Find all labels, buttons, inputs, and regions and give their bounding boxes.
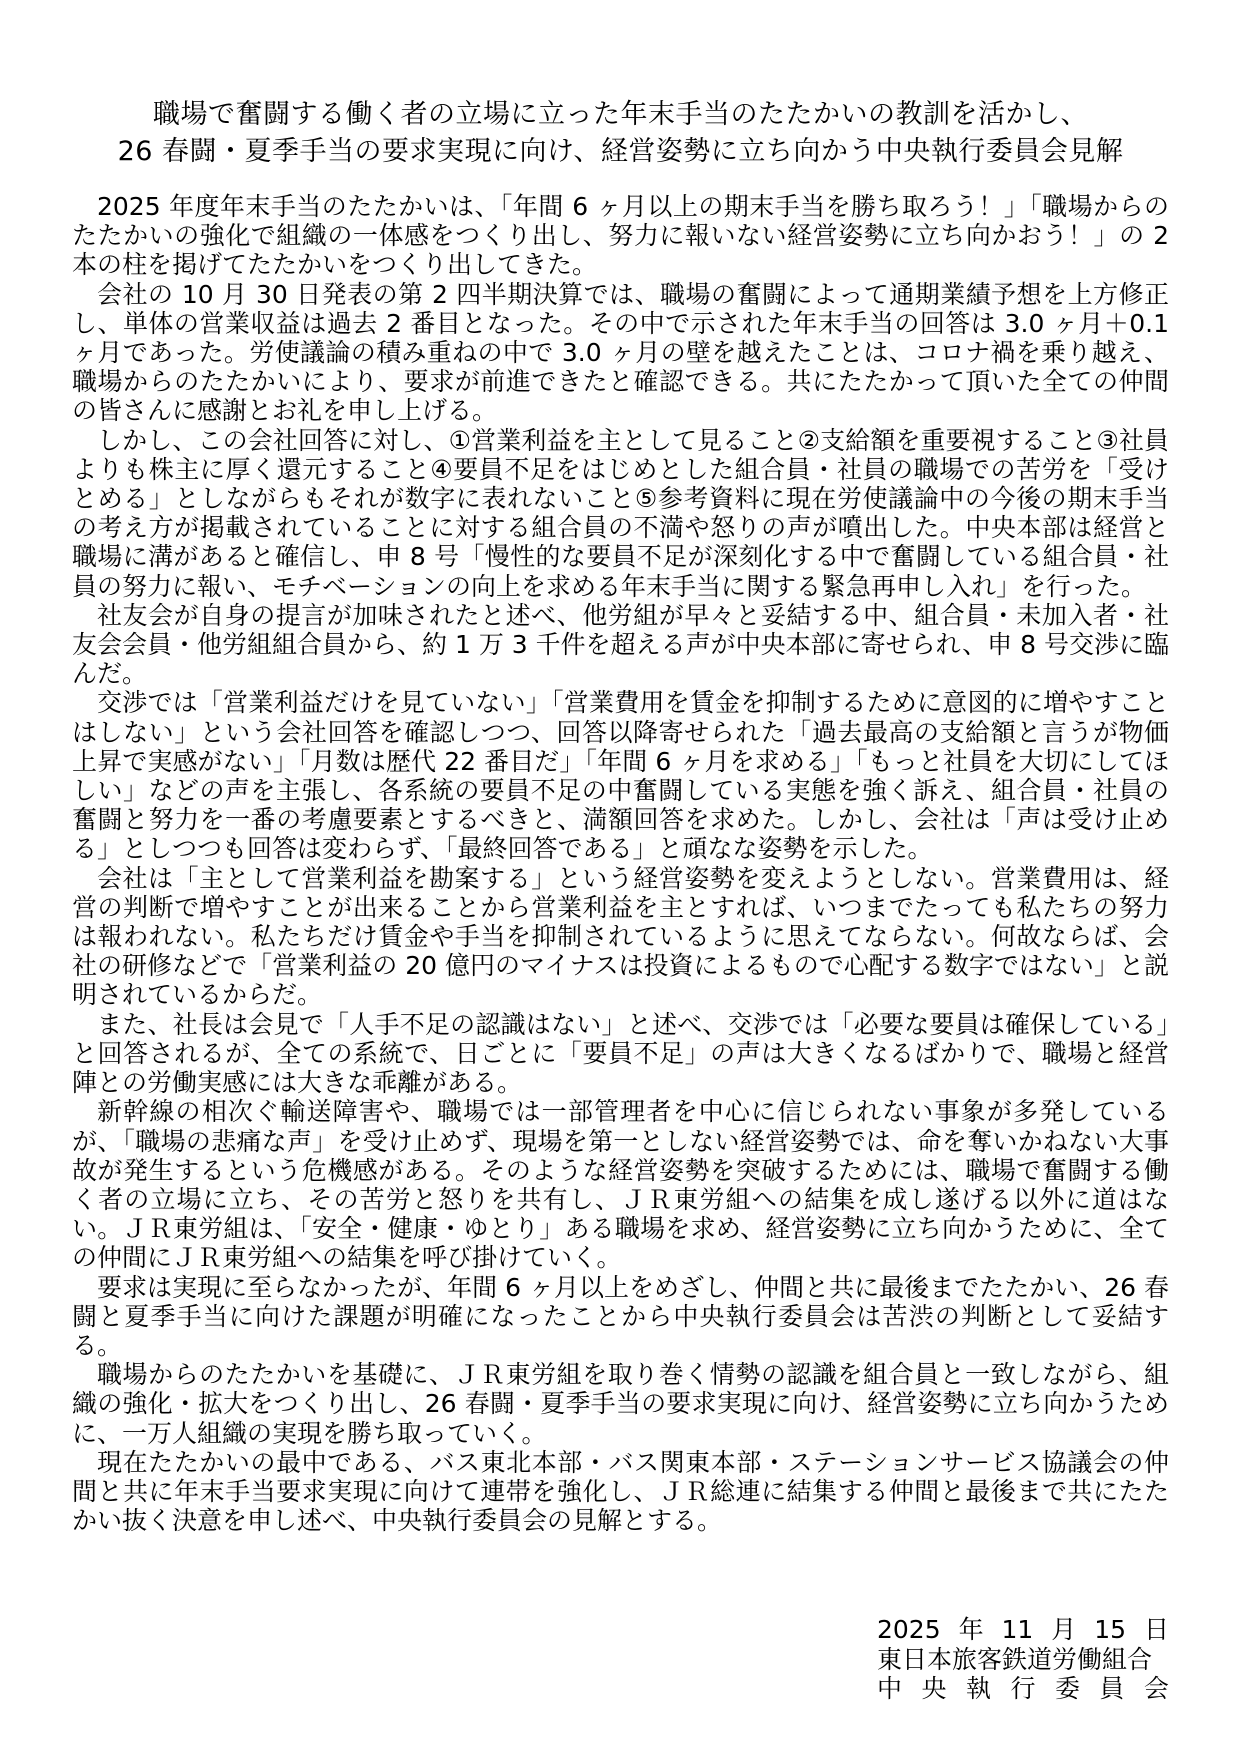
paragraph: 会社は「主として営業利益を勘案する」という経営姿勢を変えようとしない。営業費用は… [72, 864, 1169, 1010]
paragraph: 現在たたかいの最中である、バス東北本部・バス関東本部・ステーションサービス協議会… [72, 1448, 1169, 1536]
signature-text-segment: 15 [1094, 1615, 1126, 1644]
signature-text-segment: 11 [1002, 1615, 1034, 1644]
signature-text-segment: 年 [959, 1615, 984, 1644]
paragraph: また、社長は会見で「人手不足の認識はない」と述べ、交渉では「必要な要員は確保して… [72, 1010, 1169, 1098]
paragraph: 新幹線の相次ぐ輸送障害や、職場では一部管理者を中心に信じられない事象が多発してい… [72, 1097, 1169, 1272]
document-page: 職場で奮闘する働く者の立場に立った年末手当のたたかいの教訓を活かし、 26 春闘… [0, 0, 1241, 1755]
signature-organization: 東日本旅客鉄道労働組合 [877, 1645, 1169, 1674]
paragraph: 交渉では「営業利益だけを見ていない」「営業費用を賃金を抑制するために意図的に増や… [72, 688, 1169, 863]
signature-text-segment: 2025 [877, 1615, 941, 1644]
title-line-2: 26 春闘・夏季手当の要求実現に向け、経営姿勢に立ち向かう中央執行委員会見解 [72, 133, 1169, 170]
signature-text-segment: 委 [1055, 1674, 1080, 1703]
signature-date: 2025年11月15日 [877, 1615, 1169, 1644]
signature-text-segment: 中 [877, 1674, 902, 1703]
signature-text-segment: 行 [1010, 1674, 1035, 1703]
signature-block: 2025年11月15日 東日本旅客鉄道労働組合 中央執行委員会 [877, 1615, 1169, 1703]
paragraph: しかし、この会社回答に対し、①営業利益を主として見ること②支給額を重要視すること… [72, 426, 1169, 601]
signature-text-segment: 東日本旅客鉄道労働組合 [877, 1645, 1152, 1674]
paragraph: 職場からのたたかいを基礎に、ＪＲ東労組を取り巻く情勢の認識を組合員と一致しながら… [72, 1360, 1169, 1448]
document-title: 職場で奮闘する働く者の立場に立った年末手当のたたかいの教訓を活かし、 26 春闘… [72, 96, 1169, 170]
signature-text-segment: 員 [1099, 1674, 1124, 1703]
paragraph: 会社の 10 月 30 日発表の第 2 四半期決算では、職場の奮闘によって通期業… [72, 280, 1169, 426]
paragraph: 要求は実現に至らなかったが、年間 6 ヶ月以上をめざし、仲間と共に最後までたたか… [72, 1273, 1169, 1361]
signature-text-segment: 日 [1144, 1615, 1169, 1644]
signature-text-segment: 央 [921, 1674, 946, 1703]
paragraph: 2025 年度年末手当のたたかいは、「年間 6 ヶ月以上の期末手当を勝ち取ろう！… [72, 192, 1169, 280]
document-body: 2025 年度年末手当のたたかいは、「年間 6 ヶ月以上の期末手当を勝ち取ろう！… [72, 192, 1169, 1535]
title-line-1: 職場で奮闘する働く者の立場に立った年末手当のたたかいの教訓を活かし、 [72, 96, 1169, 133]
signature-text-segment: 会 [1144, 1674, 1169, 1703]
signature-committee: 中央執行委員会 [877, 1674, 1169, 1703]
signature-text-segment: 月 [1051, 1615, 1076, 1644]
paragraph: 社友会が自身の提言が加味されたと述べ、他労組が早々と妥結する中、組合員・未加入者… [72, 601, 1169, 689]
signature-text-segment: 執 [966, 1674, 991, 1703]
